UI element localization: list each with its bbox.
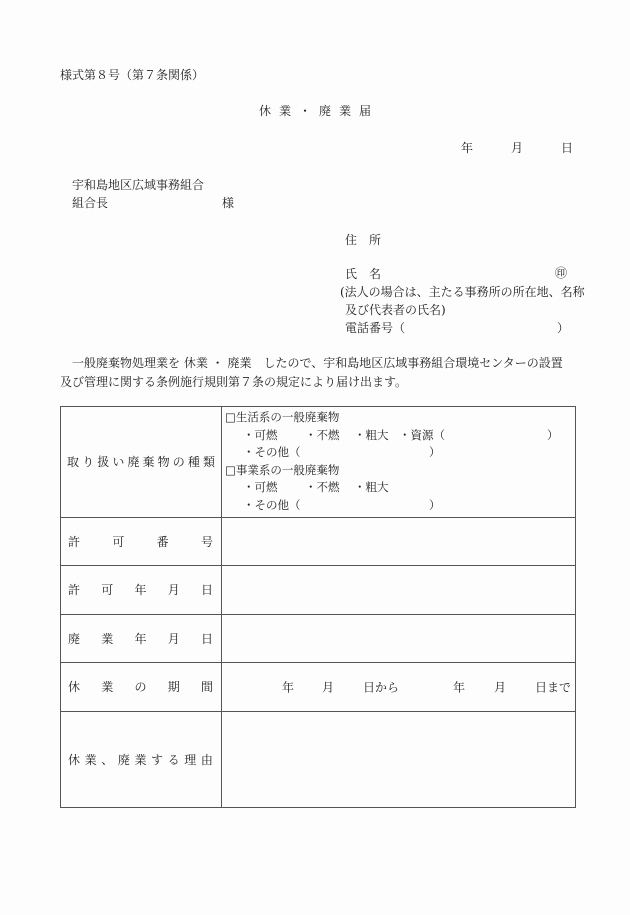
label-waste-types: 取り扱い廃棄物の種類 <box>61 407 222 518</box>
option-bulky[interactable]: ・粗大 <box>354 427 389 445</box>
label-suspension-period: 休業の期間 <box>61 662 222 711</box>
other-close-paren: ） <box>429 497 441 515</box>
label-char: の <box>173 453 185 470</box>
title-char: 廃 <box>319 104 331 118</box>
period-from-year: 年 <box>282 678 294 695</box>
corporate-note-line1: (法人の場合は、主たる事務所の所在地、名称 <box>340 283 585 300</box>
label-char: 業 <box>101 678 113 695</box>
table-row-permit-number: 許可番号 <box>61 517 576 565</box>
label-char: の <box>134 678 146 695</box>
label-char: 休 <box>68 751 80 768</box>
label-char: 業 <box>85 751 97 768</box>
option-combustible[interactable]: ・可燃 <box>243 427 278 445</box>
other-close-paren: ） <box>429 444 441 462</box>
waste-types-field[interactable]: □生活系の一般廃棄物 ・可燃 ・不燃 ・粗大 ・資源（ ） ・その他（ ） □事… <box>222 407 576 518</box>
label-char: 日 <box>201 630 213 647</box>
label-char: り <box>82 453 94 470</box>
date-year-label: 年 <box>461 139 473 156</box>
body-text-line2: 及び管理に関する条例施行規則第７条の規定により届け出ます。 <box>60 373 407 390</box>
label-reason: 休業、廃業する理由 <box>61 711 222 807</box>
label-char: 理 <box>184 751 196 768</box>
label-char: 廃 <box>127 453 139 470</box>
phone-label: 電話番号（ <box>345 319 405 336</box>
label-char: 可 <box>112 533 124 550</box>
label-char: 棄 <box>143 453 155 470</box>
label-char: 休 <box>68 678 80 695</box>
permit-number-field[interactable] <box>222 517 576 565</box>
option-combustible[interactable]: ・可燃 <box>243 479 278 497</box>
phone-close-paren: ） <box>557 319 569 336</box>
addressee-organization: 宇和島地区広域事務組合 <box>72 176 204 193</box>
option-noncombustible[interactable]: ・不燃 <box>305 427 340 445</box>
table-row-reason: 休業、廃業する理由 <box>61 711 576 807</box>
label-char: 許 <box>68 533 80 550</box>
label-char: 廃 <box>68 630 80 647</box>
label-char: す <box>151 751 163 768</box>
label-char: る <box>168 751 180 768</box>
option-bulky[interactable]: ・粗大 <box>354 479 389 497</box>
table-row-permit-date: 許可年月日 <box>61 565 576 614</box>
label-char: 扱 <box>97 453 109 470</box>
label-char: 年 <box>134 581 146 598</box>
label-char: 可 <box>101 581 113 598</box>
resources-close-paren: ） <box>547 427 559 445</box>
label-char: い <box>112 453 124 470</box>
label-closure-date: 廃業年月日 <box>61 614 222 662</box>
label-permit-number: 許可番号 <box>61 517 222 565</box>
label-char: 由 <box>201 751 213 768</box>
title-char: 届 <box>359 104 371 118</box>
period-from-day: 日から <box>363 678 399 695</box>
title-char: 休 <box>259 104 271 118</box>
addressee-position: 組合長 <box>72 194 108 211</box>
table-row-suspension-period: 休業の期間 年 月 日から 年 月 日まで <box>61 662 576 711</box>
suspension-period-field[interactable]: 年 月 日から 年 月 日まで <box>222 662 576 711</box>
permit-date-field[interactable] <box>222 565 576 614</box>
label-char: 間 <box>201 678 213 695</box>
label-char: 、 <box>101 751 113 768</box>
period-to-day: 日まで <box>535 678 571 695</box>
label-char: 年 <box>134 630 146 647</box>
seal-icon: ㊞ <box>555 264 567 281</box>
form-number: 様式第８号（第７条関係） <box>60 66 204 83</box>
label-char: 廃 <box>118 751 130 768</box>
option-resources[interactable]: ・資源（ <box>399 427 445 445</box>
label-char: 号 <box>201 533 213 550</box>
option-other[interactable]: ・その他（ <box>243 444 301 462</box>
label-char: 期 <box>168 678 180 695</box>
label-permit-date: 許可年月日 <box>61 565 222 614</box>
title-char: 業 <box>279 104 291 118</box>
period-to-month: 月 <box>494 678 506 695</box>
closure-date-field[interactable] <box>222 614 576 662</box>
label-char: 日 <box>201 581 213 598</box>
label-char: 月 <box>168 630 180 647</box>
option-noncombustible[interactable]: ・不燃 <box>305 479 340 497</box>
period-to-year: 年 <box>453 678 465 695</box>
label-char: 物 <box>158 453 170 470</box>
label-char: 業 <box>134 751 146 768</box>
table-row-waste-types: 取り扱い廃棄物の種類 □生活系の一般廃棄物 ・可燃 ・不燃 ・粗大 ・資源（ ）… <box>61 407 576 518</box>
address-label: 住 所 <box>345 231 381 248</box>
label-char: 月 <box>168 581 180 598</box>
corporate-note-line2: 及び代表者の氏名) <box>345 301 446 318</box>
title-char: 業 <box>339 104 351 118</box>
notification-form-table: 取り扱い廃棄物の種類 □生活系の一般廃棄物 ・可燃 ・不燃 ・粗大 ・資源（ ）… <box>60 406 576 808</box>
title-char: ・ <box>299 104 311 118</box>
date-month-label: 月 <box>511 139 523 156</box>
household-waste-checkbox[interactable]: □生活系の一般廃棄物 <box>225 409 339 427</box>
option-other[interactable]: ・その他（ <box>243 497 301 515</box>
document-title: 休業・廃業届 <box>0 102 630 119</box>
name-label: 氏 名 <box>345 265 381 282</box>
label-char: 許 <box>68 581 80 598</box>
label-char: 業 <box>101 630 113 647</box>
body-text-line1: 一般廃棄物処理業を 休業 ・ 廃業 したので、宇和島地区広域事務組合環境センター… <box>72 354 563 371</box>
label-char: 種 <box>188 453 200 470</box>
period-from-month: 月 <box>322 678 334 695</box>
table-row-closure-date: 廃業年月日 <box>61 614 576 662</box>
reason-field[interactable] <box>222 711 576 807</box>
business-waste-checkbox[interactable]: □事業系の一般廃棄物 <box>225 462 339 480</box>
addressee-honorific: 様 <box>222 194 234 211</box>
label-char: 類 <box>203 453 215 470</box>
date-day-label: 日 <box>561 139 573 156</box>
label-char: 取 <box>67 453 79 470</box>
label-char: 番 <box>157 533 169 550</box>
